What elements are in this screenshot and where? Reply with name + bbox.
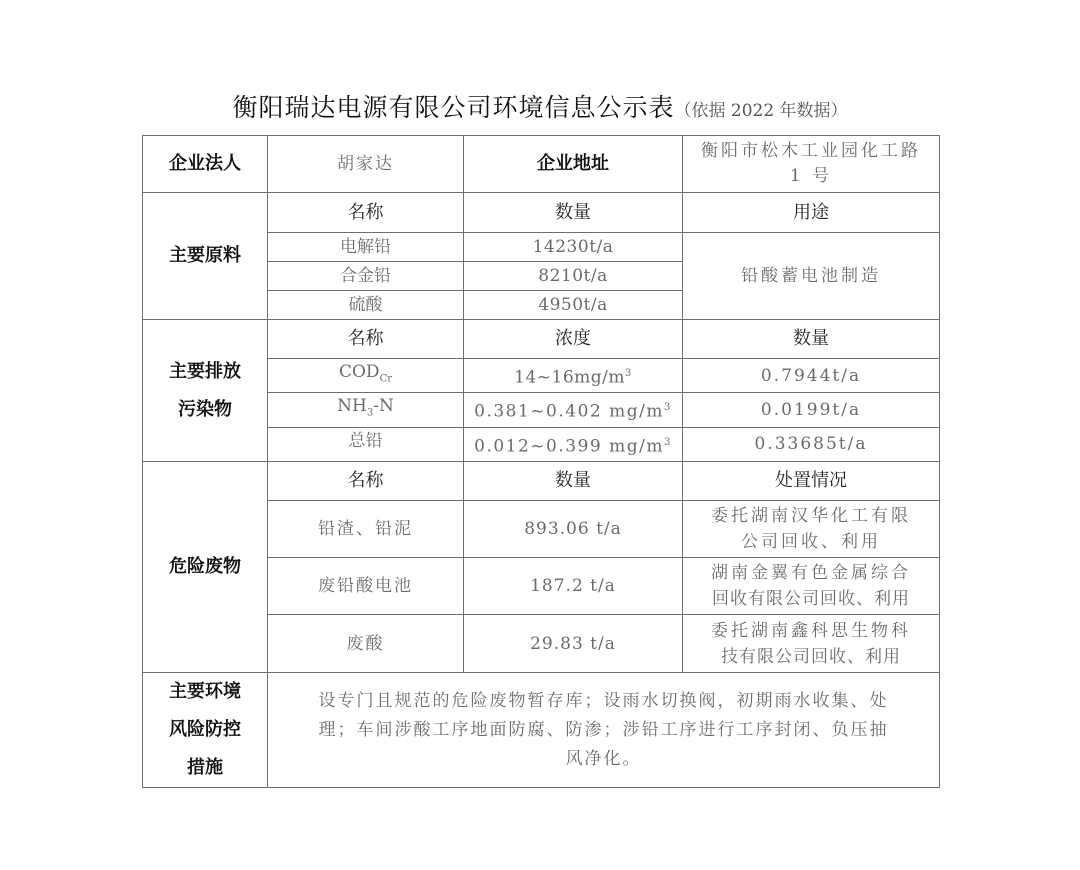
disposal-line: 技有限公司回收、利用 — [683, 644, 939, 670]
measures-line: 设专门且规范的危险废物暂存库；设雨水切换阀，初期雨水收集、处 — [278, 687, 929, 716]
pollutants-header-row: 主要排放 污染物 名称 浓度 数量 — [143, 320, 940, 359]
risk-label-line: 主要环境 — [143, 673, 267, 711]
concentration-unit-exponent: 3 — [625, 368, 632, 379]
measures-line: 理；车间涉酸工序地面防腐、防渗；涉铅工序进行工序封闭、负压抽 — [278, 716, 929, 745]
address-text: 衡阳市松木工业园化工路 1 号 — [701, 141, 921, 186]
pollutant-name-main: 总铅 — [349, 431, 383, 451]
pollutant-concentration: 0.381~0.402 mg/m3 — [464, 393, 683, 427]
address-label: 企业地址 — [464, 136, 683, 193]
address-value: 衡阳市松木工业园化工路 1 号 — [683, 136, 940, 193]
pollutants-header-concentration: 浓度 — [464, 320, 683, 359]
waste-disposal: 湖南金翼有色金属综合 回收有限公司回收、利用 — [683, 558, 940, 615]
hazardous-waste-header-quantity: 数量 — [464, 462, 683, 501]
pollutants-label: 主要排放 污染物 — [143, 320, 268, 462]
concentration-value: 14~16mg/m — [514, 368, 625, 388]
pollutant-quantity: 0.33685t/a — [683, 427, 940, 461]
risk-label-line: 风险防控 — [143, 711, 267, 749]
raw-materials-header-quantity: 数量 — [464, 193, 683, 233]
title-subtitle: （依据 2022 年数据） — [674, 101, 847, 121]
raw-materials-header-row: 主要原料 名称 数量 用途 — [143, 193, 940, 233]
title-main: 衡阳瑞达电源有限公司环境信息公示表 — [232, 93, 674, 122]
waste-name: 铅渣、铅泥 — [268, 501, 464, 558]
measures-line: 风净化。 — [278, 745, 929, 774]
pollutants-label-line2: 污染物 — [143, 391, 267, 429]
risk-label-line: 措施 — [143, 749, 267, 787]
pollutants-header-quantity: 数量 — [683, 320, 940, 359]
concentration-unit-exponent: 3 — [664, 437, 672, 448]
disposal-line: 公司回收、利用 — [683, 529, 939, 555]
risk-control-label: 主要环境 风险防控 措施 — [143, 673, 268, 788]
waste-disposal: 委托湖南汉华化工有限 公司回收、利用 — [683, 501, 940, 558]
hazardous-waste-header-row: 危险废物 名称 数量 处置情况 — [143, 462, 940, 501]
pollutants-label-line1: 主要排放 — [143, 353, 267, 391]
environment-info-table: 企业法人 胡家达 企业地址 衡阳市松木工业园化工路 1 号 主要原料 名称 数量… — [142, 135, 940, 788]
pollutant-name-main: NH — [337, 396, 367, 416]
document-title: 衡阳瑞达电源有限公司环境信息公示表（依据 2022 年数据） — [0, 88, 1080, 124]
waste-quantity: 893.06 t/a — [464, 501, 683, 558]
raw-material-name: 电解铅 — [268, 233, 464, 262]
disposal-line: 委托湖南汉华化工有限 — [683, 503, 939, 529]
raw-materials-usage: 铅酸蓄电池制造 — [683, 233, 940, 320]
disposal-line: 回收有限公司回收、利用 — [683, 586, 939, 612]
raw-materials-header-usage: 用途 — [683, 193, 940, 233]
pollutant-concentration: 14~16mg/m3 — [464, 359, 683, 393]
waste-quantity: 187.2 t/a — [464, 558, 683, 615]
concentration-value: 0.012~0.399 mg/m — [474, 436, 664, 456]
pollutants-header-name: 名称 — [268, 320, 464, 359]
hazardous-waste-header-disposal: 处置情况 — [683, 462, 940, 501]
raw-material-name: 硫酸 — [268, 291, 464, 320]
pollutant-quantity: 0.7944t/a — [683, 359, 940, 393]
hazardous-waste-label: 危险废物 — [143, 462, 268, 673]
pollutant-name-main: COD — [339, 362, 380, 382]
pollutant-name: CODCr — [268, 359, 464, 393]
waste-disposal: 委托湖南鑫科思生物科 技有限公司回收、利用 — [683, 615, 940, 673]
waste-name: 废铅酸电池 — [268, 558, 464, 615]
legal-person-value: 胡家达 — [268, 136, 464, 193]
waste-name: 废酸 — [268, 615, 464, 673]
risk-control-measures: 设专门且规范的危险废物暂存库；设雨水切换阀，初期雨水收集、处 理；车间涉酸工序地… — [268, 673, 940, 788]
pollutant-concentration: 0.012~0.399 mg/m3 — [464, 427, 683, 461]
raw-material-name: 合金铅 — [268, 262, 464, 291]
pollutant-name: NH3-N — [268, 393, 464, 427]
raw-material-quantity: 14230t/a — [464, 233, 683, 262]
raw-material-quantity: 4950t/a — [464, 291, 683, 320]
pollutant-name-tail: -N — [373, 396, 394, 416]
disposal-line: 委托湖南鑫科思生物科 — [683, 618, 939, 644]
raw-material-quantity: 8210t/a — [464, 262, 683, 291]
company-row: 企业法人 胡家达 企业地址 衡阳市松木工业园化工路 1 号 — [143, 136, 940, 193]
pollutant-quantity: 0.0199t/a — [683, 393, 940, 427]
waste-quantity: 29.83 t/a — [464, 615, 683, 673]
pollutant-name: 总铅 — [268, 427, 464, 461]
risk-control-row: 主要环境 风险防控 措施 设专门且规范的危险废物暂存库；设雨水切换阀，初期雨水收… — [143, 673, 940, 788]
concentration-value: 0.381~0.402 mg/m — [474, 402, 664, 422]
raw-materials-header-name: 名称 — [268, 193, 464, 233]
pollutant-name-sub: Cr — [380, 373, 392, 384]
legal-person-label: 企业法人 — [143, 136, 268, 193]
disposal-line: 湖南金翼有色金属综合 — [683, 560, 939, 586]
raw-materials-label: 主要原料 — [143, 193, 268, 320]
concentration-unit-exponent: 3 — [664, 402, 672, 413]
hazardous-waste-header-name: 名称 — [268, 462, 464, 501]
